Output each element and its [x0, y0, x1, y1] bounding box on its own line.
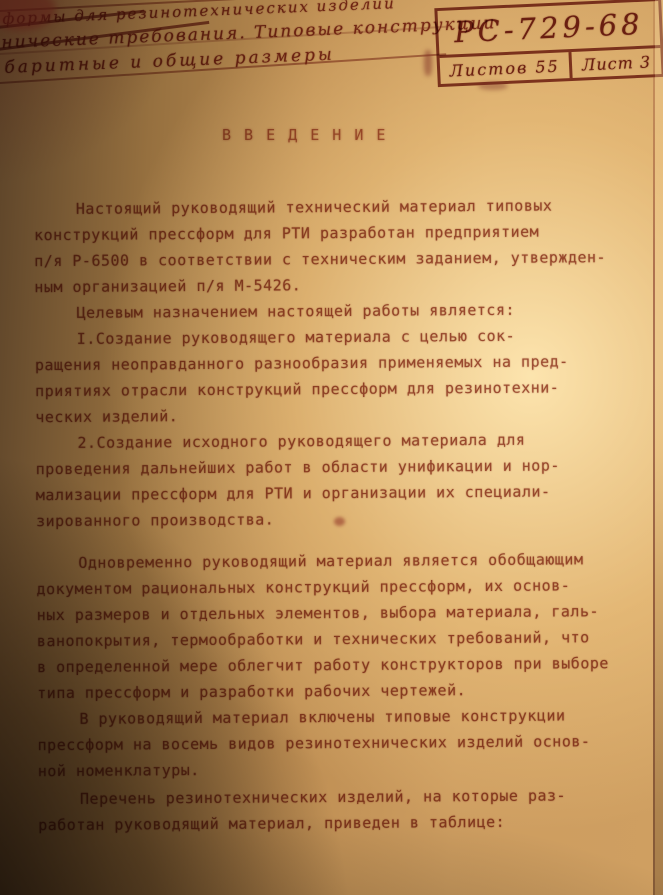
paragraph: Настоящий руководящий технический матери…	[34, 192, 647, 300]
typed-line: прессформ на восемь видов резинотехничес…	[38, 728, 650, 758]
paragraph: Перечень резинотехнических изделий, на к…	[38, 782, 650, 838]
typed-line: п/я Р-6500 в соответствии с техническим …	[34, 244, 646, 274]
body-text: Настоящий руководящий технический матери…	[34, 192, 650, 838]
typed-line: ной номенклатуры.	[38, 754, 650, 784]
paragraph: Одновременно руководящий материал являет…	[36, 546, 649, 706]
typed-line: работан руководящий материал, приведен в…	[38, 808, 650, 838]
typed-line: проведения дальнейших работ в области ун…	[36, 452, 648, 482]
document-number-stamp: РС-729-68 Листов 55 Лист 3	[434, 0, 663, 87]
handwritten-header: формы для резинотехнических изделий ниче…	[0, 0, 473, 92]
typed-line: в определенной мере облегчит работу конс…	[37, 650, 649, 680]
typed-line: зированного производства.	[36, 504, 648, 534]
paragraph: I.Создание руководящего материала с цель…	[35, 322, 648, 430]
typed-line: приятиях отрасли конструкций прессформ д…	[35, 374, 647, 404]
typed-line: Перечень резинотехнических изделий, на к…	[38, 782, 650, 812]
sheets-total: Листов 55	[440, 52, 573, 84]
paragraph: 2.Создание исходного руководящего матери…	[35, 426, 648, 534]
ink-smudge	[478, 82, 508, 90]
page-edge-highlight	[655, 0, 663, 895]
scanned-document-page: формы для резинотехнических изделий ниче…	[0, 0, 663, 895]
page-title: В В Е Д Е Н И Е	[222, 126, 387, 144]
ink-smudge	[424, 50, 432, 76]
paragraph: В руководящий материал включены типовые …	[37, 702, 650, 784]
sheet-number: Лист 3	[571, 48, 661, 78]
